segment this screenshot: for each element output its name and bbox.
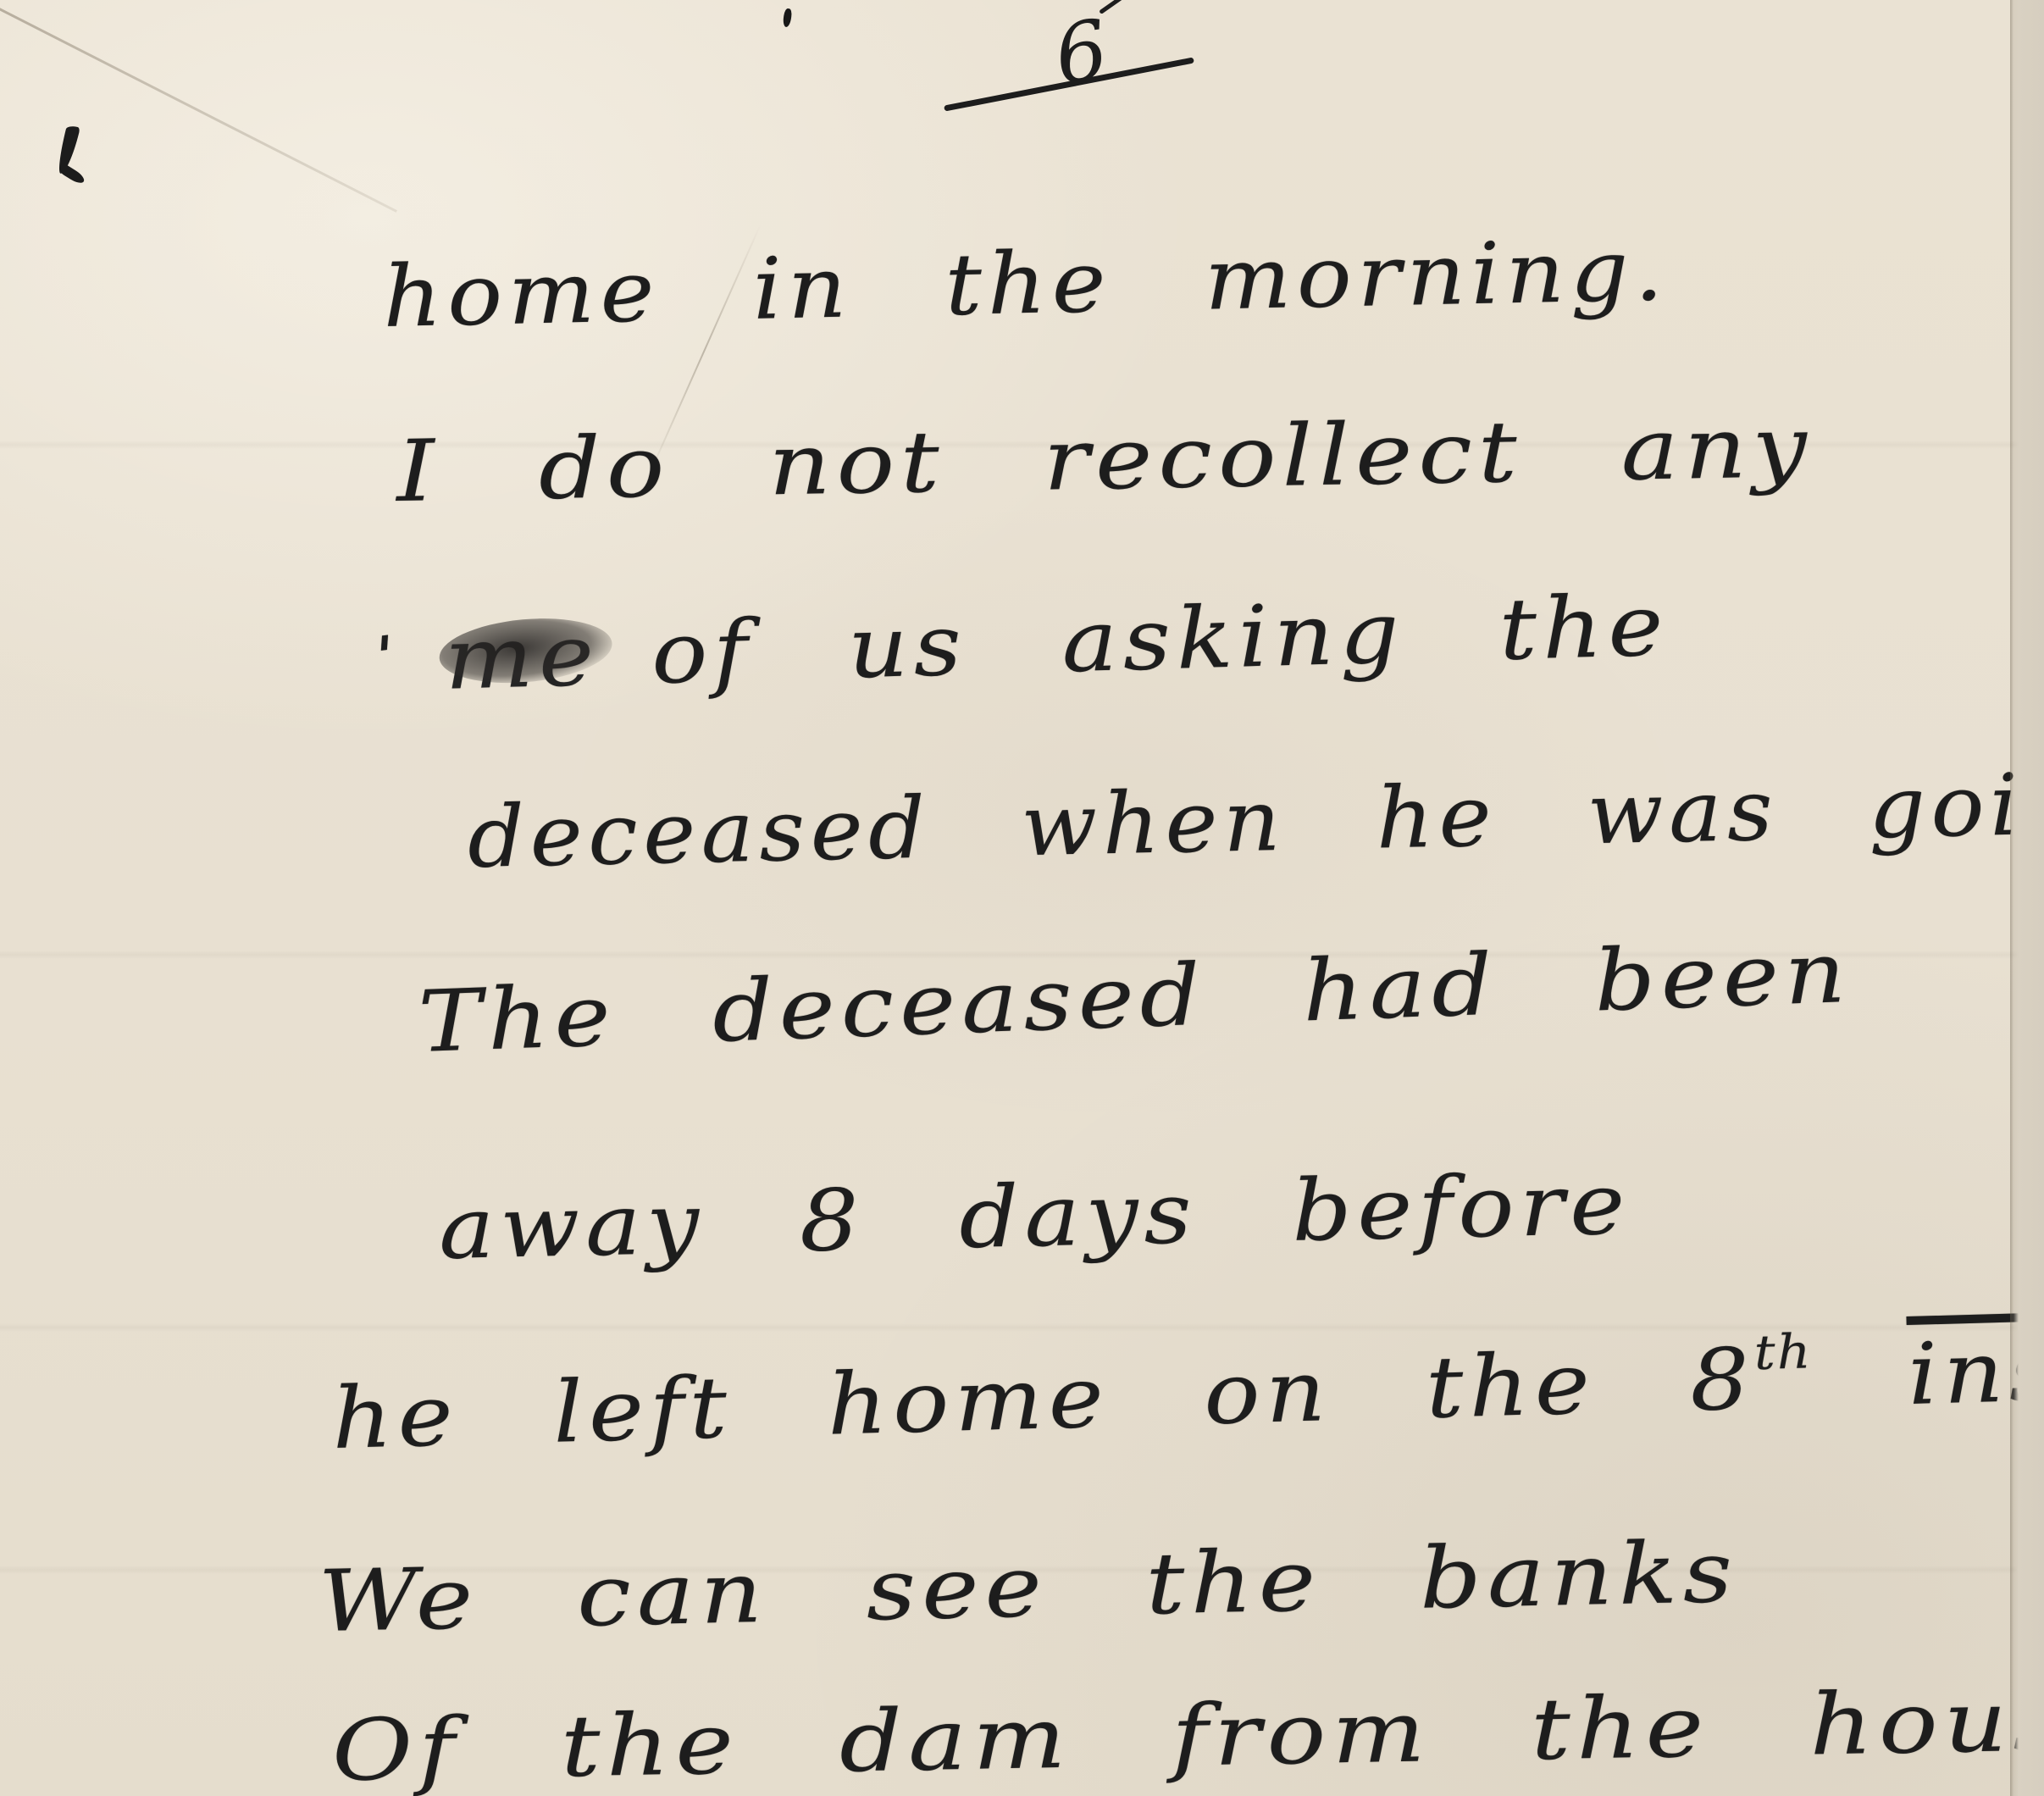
insertion-tick-mark: ˈ [373, 624, 407, 696]
line-3-text: of us asking the [650, 575, 1670, 702]
handwritten-line-2: I do not recollect any [396, 397, 1814, 521]
handwritten-line-6: away 8 days before [438, 1155, 1631, 1278]
ink-blot-mark [55, 125, 80, 175]
ordinal-superscript: th [1753, 1324, 1814, 1381]
blotted-word: me [443, 606, 601, 709]
handwritten-line-7: he left home on the 8th inst [330, 1317, 2044, 1468]
handwritten-line-3: ˈmeof us asking the [376, 575, 1670, 711]
page-number-flourish [1099, 0, 1205, 14]
line-7-text: he left home on the 8 [330, 1329, 1756, 1468]
handwritten-line-5: The deceased had been [417, 923, 1853, 1072]
manuscript-page: 6 home in the morning. I do not recollec… [0, 0, 2044, 1796]
paper-crease [0, 0, 397, 213]
handwritten-line-1: home in the morning. [382, 220, 1670, 346]
handwritten-line-9: Of the dam from the house [331, 1670, 2044, 1796]
page-edge-shadow [2010, 0, 2044, 1796]
handwritten-line-4: deceased when he was going. [467, 752, 2044, 887]
ink-speck [783, 8, 793, 27]
handwritten-line-8: We can see the banks [318, 1522, 1739, 1651]
